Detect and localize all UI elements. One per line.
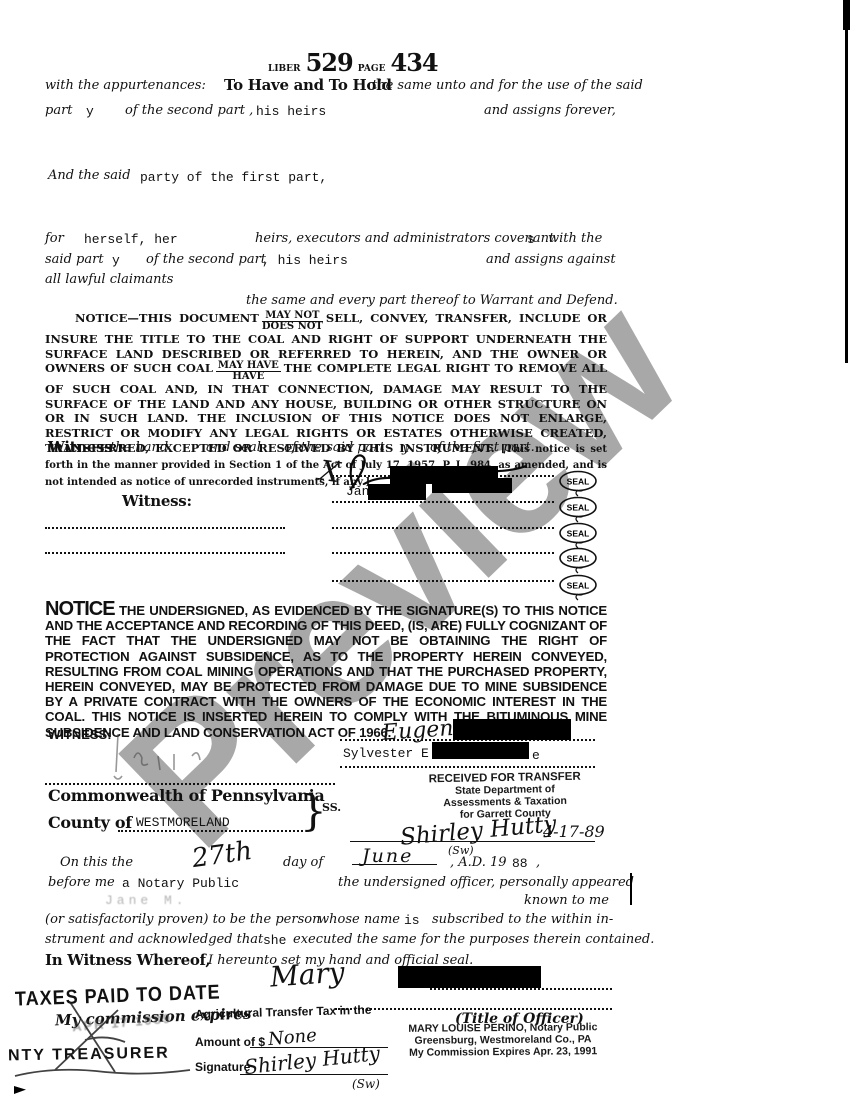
redaction-grantee-1 <box>453 719 571 740</box>
habendum-post: the same unto and for the use of the sai… <box>372 78 643 93</box>
covenant-for: for <box>45 231 64 246</box>
covenant-secondpart: of the second part <box>146 252 266 267</box>
ack-comma: , <box>536 855 540 870</box>
svg-text:SEAL: SEAL <box>567 503 590 513</box>
ack-year: 88 <box>512 856 528 871</box>
habendum-heirs-typed: his heirs <box>256 104 326 119</box>
seal-stamp-1: SEAL <box>557 470 599 497</box>
witness-faint-signature <box>100 728 230 783</box>
witness-line-1 <box>45 527 285 529</box>
covenant-s: s <box>527 232 535 247</box>
covenant-warrant-defend: the same and every part thereof to Warra… <box>246 293 618 308</box>
svg-text:SEAL: SEAL <box>567 529 590 539</box>
habendum-pre: with the appurtenances: <box>45 78 206 93</box>
recording-reference: LIBER 529 PAGE 434 <box>268 48 438 77</box>
covenant-heirs: heirs, executors and administrators cove… <box>255 231 554 246</box>
county-line <box>118 830 303 832</box>
notary-signature-line-2 <box>335 1008 612 1010</box>
svg-text:SEAL: SEAL <box>567 477 590 487</box>
redaction-notary <box>398 966 541 988</box>
covenant-hisheirs: , his heirs <box>262 253 348 268</box>
subsidence-notice-title: NOTICE <box>45 598 115 620</box>
treasurer-signature-line <box>240 1074 388 1075</box>
witness-clause-hand: the hand <box>110 440 168 455</box>
signature-line-5 <box>332 580 554 582</box>
signature-line-4 <box>332 552 554 554</box>
transfer-stamp: RECEIVED FOR TRANSFER State Department o… <box>400 770 611 822</box>
svg-text:SEAL: SEAL <box>567 581 590 591</box>
habendum-forever: and assigns forever, <box>484 103 616 118</box>
coal-notice-choice-1: MAY NOTDOES NOT <box>262 311 323 332</box>
seal-stamp-2: SEAL <box>557 496 599 523</box>
scan-edge-bar-thick <box>843 0 850 30</box>
page-label: PAGE <box>358 64 386 74</box>
in-witness-whereof: In Witness Whereof, <box>45 951 210 969</box>
transfer-signature-line <box>350 841 595 842</box>
witness-line-2 <box>45 552 285 554</box>
witness-clause-bold: Witness <box>48 438 112 456</box>
notary-signature-line-1 <box>430 988 612 990</box>
commonwealth-heading: Commonwealth of Pennsylvania <box>48 786 324 805</box>
covenant-saidpart: said part <box>45 252 104 267</box>
notary-stamp: MARY LOUISE PERINO, Notary Public Greens… <box>388 1021 618 1059</box>
signature-label: Signature <box>195 1060 250 1074</box>
liber-number: 529 <box>306 48 353 77</box>
redaction-grantee-2 <box>432 742 529 759</box>
svg-text:SEAL: SEAL <box>567 554 590 564</box>
coal-notice-lead: NOTICE—THIS DOCUMENT <box>75 311 259 325</box>
covenant-y: y <box>112 253 120 268</box>
coal-notice-choice-2: MAY HAVEHAVE <box>216 361 281 382</box>
signature-line-3 <box>332 527 554 529</box>
ack-subscribed: subscribed to the within in- <box>432 912 613 927</box>
covenant-withthe: with the <box>548 231 602 246</box>
ack-line2a: strument and acknowledged that <box>45 932 263 947</box>
seal-stamp-5: SEAL <box>557 574 599 601</box>
redaction-grantor-2 <box>432 478 512 493</box>
transfer-date-hand: 4-17-89 <box>543 822 605 841</box>
said-party-typed: party of the first part, <box>140 170 327 185</box>
ack-month-line <box>352 864 437 865</box>
redaction-grantor-3 <box>368 484 426 500</box>
ack-whose-name: whose name <box>318 912 400 927</box>
ack-before-me: before me <box>48 875 115 890</box>
witness-label: Witness: <box>122 492 192 510</box>
ack-she: she <box>263 933 286 948</box>
deed-document-page: Preview LIBER 529 PAGE 434 with the appu… <box>0 0 850 1104</box>
grantee-typed-2: Sylvester E. <box>343 746 437 761</box>
ack-proven: (or satisfactorily proven) to be the per… <box>45 912 320 927</box>
page-number: 434 <box>391 48 438 77</box>
ack-on-this: On this the <box>60 855 133 870</box>
ack-is: is <box>404 913 420 928</box>
notary-stamp-line3: My Commission Expires Apr. 23, 1991 <box>388 1045 618 1059</box>
notary-signature-script: Mary <box>269 955 346 993</box>
ack-known: known to me <box>524 893 609 908</box>
ack-appeared: the undersigned officer, personally appe… <box>338 875 634 890</box>
grantee-typed-2-tail: e <box>532 748 540 763</box>
scan-edge-bar-thin <box>845 28 848 363</box>
county-value: WESTMORELAND <box>136 815 230 830</box>
signature-line-2 <box>332 501 554 503</box>
ack-line2b: executed the same for the purposes there… <box>293 932 654 947</box>
witness-clause-seal: and seal <box>206 440 261 455</box>
seal-stamp-3: SEAL <box>557 522 599 549</box>
ack-officer-typed: a Notary Public <box>122 876 239 891</box>
habendum-part: part <box>45 103 73 118</box>
ack-day-of: day of <box>283 855 323 870</box>
habendum-to-have: To Have and To Hold <box>224 76 392 94</box>
ack-ad: , A.D. 19 <box>450 855 507 870</box>
scan-stray-mark <box>630 873 632 905</box>
seal-stamp-4: SEAL <box>557 547 599 574</box>
liber-label: LIBER <box>268 64 300 74</box>
treasurer-scrawl <box>10 1000 195 1085</box>
habendum-second-part: of the second part , <box>125 103 253 118</box>
treasurer-sw-note: (Sw) <box>352 1077 380 1091</box>
ack-faint-name: Jane M. <box>105 893 188 908</box>
said-party-pre: And the said <box>48 168 131 183</box>
habendum-party-letter: y <box>86 104 94 119</box>
grantee-line-2 <box>340 766 595 768</box>
covenant-claimants: all lawful claimants <box>45 272 173 287</box>
covenant-against: and assigns against <box>486 252 616 267</box>
witness-signature-line <box>45 783 335 785</box>
ss-label: SS. <box>322 801 341 814</box>
scan-corner-mark <box>14 1086 26 1094</box>
covenant-herself: herself, her <box>84 232 178 247</box>
